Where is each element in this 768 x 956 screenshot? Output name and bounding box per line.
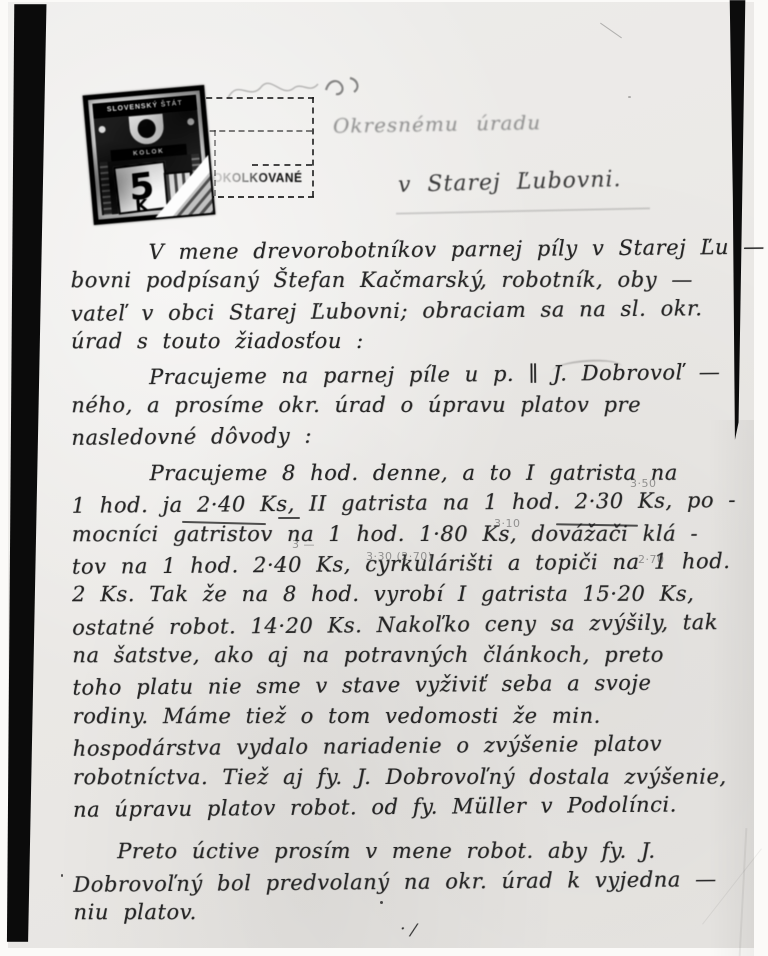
- letter-line: V mene drevorobotníkov parnej píly v Sta…: [70, 235, 720, 271]
- letter-line: ného, a prosíme okr. úrad o úpravu plato…: [71, 393, 721, 424]
- ink-smudge: [84, 86, 215, 224]
- bottom-mark: · /: [399, 919, 418, 941]
- pencil-annotation: 3·30 (2·70): [366, 550, 433, 563]
- letter-line: Pracujeme 8 hod. denne, a to I gatrista …: [72, 460, 722, 491]
- letter-line: na šatstve, ako aj na potravných článkoc…: [72, 643, 722, 674]
- pencil-annotation: 2·70: [638, 553, 665, 566]
- revenue-stamp: SLOVENSKÝ ŠTÁT KOLOK 5 K: [83, 85, 216, 225]
- ink-speck: [380, 901, 383, 904]
- ink-speck: [61, 874, 63, 877]
- letter-line: bovni podpísaný Štefan Kačmarský, robotn…: [71, 268, 721, 299]
- letter-line: toho platu nie sme v stave vyživiť seba …: [72, 671, 722, 707]
- letter-line: 2 Ks. Tak že na 8 hod. vyrobí I gatrista…: [72, 582, 722, 613]
- pencil-annotation: 3·10: [494, 517, 521, 530]
- letter-line: rodiny. Máme tiež o tom vedomosti že min…: [73, 704, 723, 735]
- letter-body: V mene drevorobotníkov parnej píly v Sta…: [70, 237, 723, 932]
- letter-line: Preto úctive prosím v mene robot. aby fy…: [73, 839, 723, 870]
- letter-line: 1 hod. ja 2·40 Ks, II gatrista na 1 hod.…: [72, 488, 722, 524]
- cachet-border-left: [214, 130, 216, 196]
- cachet-divider: [200, 130, 312, 132]
- cachet-text: OKOLKOVANÉ: [213, 170, 312, 185]
- letter-line: robotníctva. Tiež aj fy. J. Dobrovoľný d…: [73, 764, 723, 795]
- cachet-border-bottom: [198, 196, 314, 198]
- pencil-annotation: 3 —: [292, 538, 315, 551]
- stamp-frame: SLOVENSKÝ ŠTÁT KOLOK 5 K: [83, 85, 216, 225]
- letter-line: ostatné robot. 14·20 Ks. Nakoľko ceny sa…: [72, 610, 722, 646]
- letter-line: na úpravu platov robot. od fy. Müller v …: [73, 792, 723, 828]
- letter-line: úrad s touto žiadosťou :: [71, 329, 721, 360]
- addressee-line-1: Okresnému úradu: [333, 110, 542, 138]
- cachet-border-top: [196, 97, 314, 99]
- pencil-annotation: 3·50: [630, 477, 657, 490]
- ink-speck: [628, 96, 631, 98]
- ink-underline: [278, 517, 300, 519]
- letter-line: Pracujeme na parnej píle u p. ∥ J. Dobro…: [71, 360, 721, 396]
- scanned-letter-photo: OKOLKOVANÉ SLOVENSKÝ ŠTÁT KOLOK 5: [0, 0, 768, 956]
- letter-line: niu platov.: [73, 900, 723, 931]
- letter-line: hospodárstva vydalo nariadenie o zvýšeni…: [73, 731, 723, 767]
- cachet-divider: [252, 164, 312, 166]
- letter-line: vateľ v obci Starej Ľubovni; obraciam sa…: [71, 296, 721, 332]
- letter-line: Dobrovoľný bol predvolaný na okr. úrad k…: [73, 867, 723, 903]
- letter-line: nasledovné dôvody :: [71, 421, 721, 457]
- faint-script: [222, 68, 422, 110]
